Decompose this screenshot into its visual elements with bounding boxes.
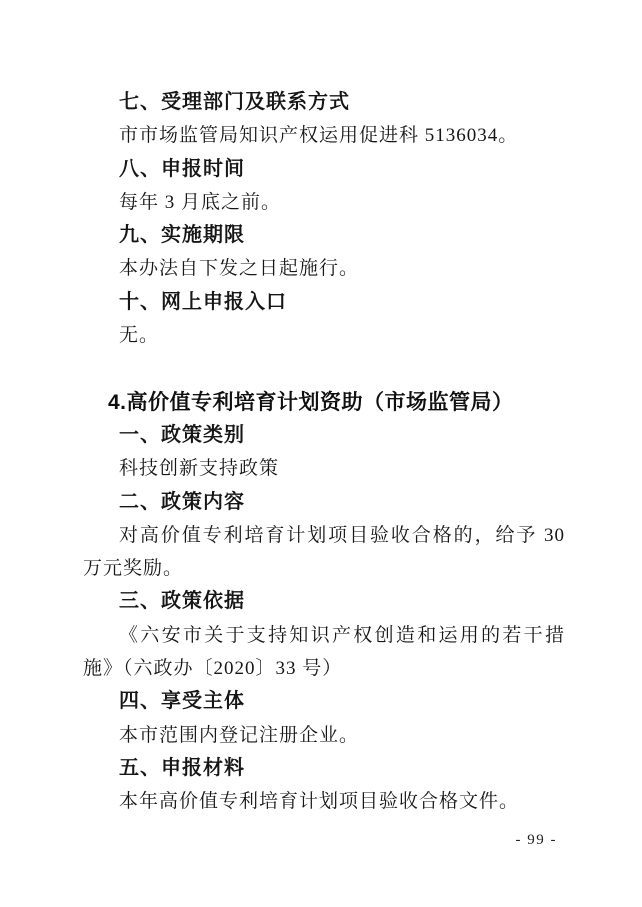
doc-heading: 四、享受主体 (83, 685, 565, 718)
doc-heading: 三、政策依据 (83, 585, 565, 618)
doc-paragraph: 本办法自下发之日起施行。 (83, 252, 565, 285)
doc-section-title: 4.高价值专利培育计划资助（市场监管局） (83, 386, 565, 419)
doc-heading: 七、受理部门及联系方式 (83, 86, 565, 119)
doc-paragraph: 对高价值专利培育计划项目验收合格的，给予 30 万元奖励。 (83, 519, 565, 586)
doc-heading: 一、政策类别 (83, 419, 565, 452)
page-number-label: - 99 - (516, 832, 558, 849)
document-body: 七、受理部门及联系方式市市场监管局知识产权运用促进科 5136034。八、申报时… (83, 86, 565, 819)
doc-heading: 二、政策内容 (83, 486, 565, 519)
doc-heading: 五、申报材料 (83, 752, 565, 785)
doc-paragraph: 《六安市关于支持知识产权创造和运用的若干措施》（六政办〔2020〕33 号） (83, 619, 565, 686)
doc-paragraph: 科技创新支持政策 (83, 452, 565, 485)
doc-heading: 十、网上申报入口 (83, 286, 565, 319)
doc-heading: 八、申报时间 (83, 153, 565, 186)
doc-heading: 九、实施期限 (83, 219, 565, 252)
doc-paragraph: 市市场监管局知识产权运用促进科 5136034。 (83, 119, 565, 152)
doc-paragraph: 每年 3 月底之前。 (83, 186, 565, 219)
doc-paragraph: 本市范围内登记注册企业。 (83, 719, 565, 752)
doc-paragraph: 本年高价值专利培育计划项目验收合格文件。 (83, 785, 565, 818)
document-page: 七、受理部门及联系方式市市场监管局知识产权运用促进科 5136034。八、申报时… (0, 0, 642, 907)
doc-paragraph: 无。 (83, 319, 565, 352)
